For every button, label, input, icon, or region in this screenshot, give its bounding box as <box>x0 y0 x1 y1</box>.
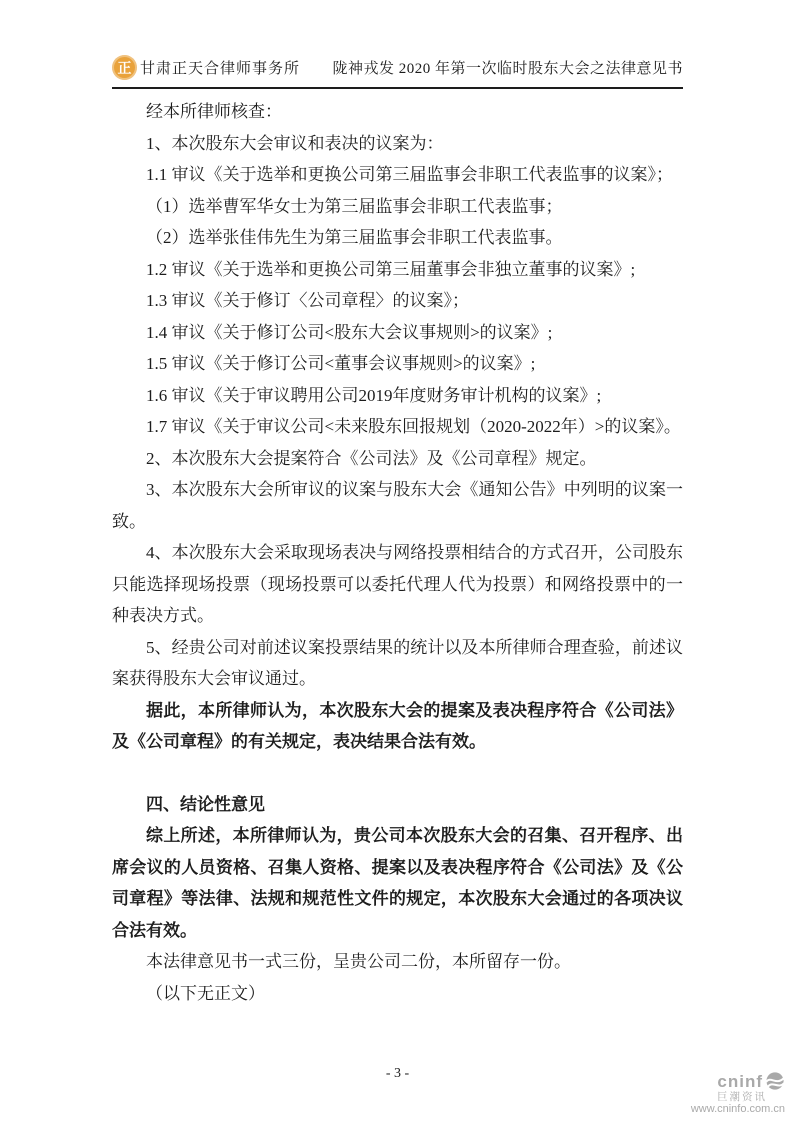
paragraph: （1）选举曹军华女士为第三届监事会非职工代表监事； <box>112 191 683 223</box>
cninfo-site-name: 巨潮资讯 <box>691 1091 767 1103</box>
paragraph: 1.4 审议《关于修订公司<股东大会议事规则>的议案》; <box>112 317 683 349</box>
paragraph-end-note: （以下无正文） <box>112 978 683 1010</box>
cninfo-brand-text: cninf <box>717 1072 763 1092</box>
paragraph: 1.3 审议《关于修订〈公司章程〉的议案》； <box>112 285 683 317</box>
law-firm-logo-icon: 正 <box>112 55 137 80</box>
page-header: 正 甘肃正天合律师事务所 陇神戎发 2020 年第一次临时股东大会之法律意见书 <box>112 48 683 89</box>
law-firm-name: 甘肃正天合律师事务所 <box>140 57 300 78</box>
paragraph: 1.7 审议《关于审议公司<未来股东回报规划（2020-2022年）>的议案》。 <box>112 411 683 443</box>
page-number: - 3 - <box>112 1066 683 1082</box>
paragraph: 3、本次股东大会所审议的议案与股东大会《通知公告》中列明的议案一致。 <box>112 474 683 537</box>
paragraph-copies: 本法律意见书一式三份，呈贵公司二份，本所留存一份。 <box>112 946 683 978</box>
paragraph: 2、本次股东大会提案符合《公司法》及《公司章程》规定。 <box>112 443 683 475</box>
law-firm-identity: 正 甘肃正天合律师事务所 <box>112 55 300 80</box>
section-heading-conclusion: 四、结论性意见 <box>112 789 683 821</box>
document-title: 陇神戎发 2020 年第一次临时股东大会之法律意见书 <box>332 57 683 78</box>
paragraph: 1.2 审议《关于选举和更换公司第三届董事会非独立董事的议案》; <box>112 254 683 286</box>
paragraph: 1.5 审议《关于修订公司<董事会议事规则>的议案》; <box>112 348 683 380</box>
paragraph-conclusion-lead: 据此，本所律师认为，本次股东大会的提案及表决程序符合《公司法》及《公司章程》的有… <box>112 695 683 758</box>
document-page: 正 甘肃正天合律师事务所 陇神戎发 2020 年第一次临时股东大会之法律意见书 … <box>0 0 793 1122</box>
paragraph: 4、本次股东大会采取现场表决与网络投票相结合的方式召开，公司股东只能选择现场投票… <box>112 537 683 632</box>
paragraph: （2）选举张佳伟先生为第三届监事会非职工代表监事。 <box>112 222 683 254</box>
cninfo-url: www.cninfo.com.cn <box>691 1103 785 1116</box>
paragraph: 1、本次股东大会审议和表决的议案为： <box>112 128 683 160</box>
paragraph: 5、经贵公司对前述议案投票结果的统计以及本所律师合理查验，前述议案获得股东大会审… <box>112 632 683 695</box>
document-body: 经本所律师核查： 1、本次股东大会审议和表决的议案为： 1.1 审议《关于选举和… <box>112 96 683 1009</box>
paragraph: 1.6 审议《关于审议聘用公司2019年度财务审计机构的议案》; <box>112 380 683 412</box>
paragraph: 1.1 审议《关于选举和更换公司第三届监事会非职工代表监事的议案》； <box>112 159 683 191</box>
cninfo-watermark: cninf 巨潮资讯 www.cninfo.com.cn <box>691 1071 785 1116</box>
cninfo-logo-icon <box>765 1071 785 1091</box>
paragraph: 经本所律师核查： <box>112 96 683 128</box>
cninfo-brand-row: cninf <box>691 1071 785 1091</box>
paragraph-conclusion: 综上所述，本所律师认为，贵公司本次股东大会的召集、召开程序、出席会议的人员资格、… <box>112 820 683 946</box>
